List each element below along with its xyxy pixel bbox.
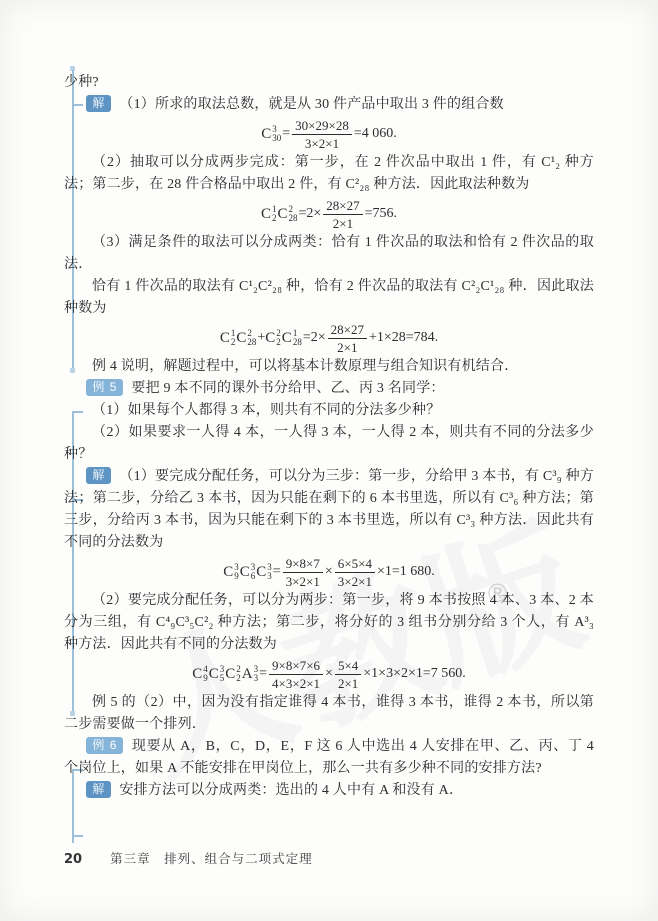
page-footer: 20 第三章 排列、组合与二项式定理	[64, 849, 313, 867]
example5-text: 要把 9 本不同的课外书分给甲、乙、丙 3 名同学：	[131, 381, 444, 396]
example5-question-1: （1）如果每个人都得 3 本，则共有不同的分法多少种？	[64, 400, 594, 422]
page-content: 少种? 解（1）所求的取法总数，就是从 30 件产品中取出 3 件的组合数 C3…	[0, 0, 658, 802]
solution-text: （1）要完成分配任务，可以分为三步：第一步，分给甲 3 本书，有 C³₉ 种方法…	[64, 469, 594, 550]
formula-sum-784: C12C228+C22C128=2×28×272×1+1×28=784.	[64, 320, 594, 356]
formula-7560: C49C35C22A33=9×8×7×64×3×2×1×5×42×1×1×3×2…	[64, 656, 594, 692]
continuation-text: 少种?	[64, 72, 594, 94]
guide-tick-solution-3	[72, 835, 83, 837]
chapter-title: 第三章 排列、组合与二项式定理	[110, 849, 313, 867]
paragraph-example5-note: 例 5 的（2）中，因为没有指定谁得 4 本书，谁得 3 本书，谁得 2 本书，…	[64, 692, 594, 736]
paragraph-two-cases: 恰有 1 件次品的取法有 C¹₂C²₂₈ 种，恰有 2 件次品的取法有 C²₂C…	[64, 276, 594, 320]
example5-question-2: （2）如果要求一人得 4 本，一人得 3 本，一人得 2 本，则共有不同的分法多…	[64, 422, 594, 466]
solution-badge: 解	[86, 467, 111, 484]
page-number: 20	[64, 852, 82, 867]
formula-c2-c28: C12C228=2×28×272×1=756.	[64, 196, 594, 232]
example5-badge: 例 5	[86, 379, 123, 396]
solution-badge: 解	[86, 95, 111, 112]
paragraph-step3: （3）满足条件的取法可以分成两类：恰有 1 件次品的取法和恰有 2 件次品的取法…	[64, 232, 594, 276]
example5-paragraph: 例 5要把 9 本不同的课外书分给甲、乙、丙 3 名同学：	[64, 378, 594, 400]
solution-paragraph-3: 解安排方法可以分成两类：选出的 4 人中有 A 和没有 A．	[64, 780, 594, 802]
solution-badge: 解	[86, 781, 111, 798]
solution-paragraph-1: 解（1）所求的取法总数，就是从 30 件产品中取出 3 件的组合数	[64, 94, 594, 116]
example6-paragraph: 例 6现要从 A，B，C，D，E，F 这 6 人中选出 4 人安排在甲、乙、丙、…	[64, 736, 594, 780]
paragraph-example4-note: 例 4 说明，解题过程中，可以将基本计数原理与组合知识有机结合．	[64, 356, 594, 378]
formula-c30-choose-3: C330=30×29×283×2×1=4 060.	[64, 116, 594, 152]
solution2-part2: （2）要完成分配任务，可以分为两步：第一步，将 9 本书按照 4 本、3 本、2…	[64, 590, 594, 656]
textbook-page: 人教版 ® 少种? 解（1）所求的取法总数，就是从 30 件产品中取出 3 件的…	[0, 0, 658, 921]
solution-text: （1）所求的取法总数，就是从 30 件产品中取出 3 件的组合数	[119, 97, 503, 112]
example6-badge: 例 6	[86, 737, 123, 754]
example6-text: 现要从 A，B，C，D，E，F 这 6 人中选出 4 人安排在甲、乙、丙、丁 4…	[64, 739, 594, 776]
paragraph-step2: （2）抽取可以分成两步完成：第一步，在 2 件次品中取出 1 件，有 C¹₂ 种…	[64, 152, 594, 196]
formula-1680: C39C36C33=9×8×73×2×1×6×5×43×2×1×1=1 680.	[64, 554, 594, 590]
solution-text: 安排方法可以分成两类：选出的 4 人中有 A 和没有 A．	[119, 783, 463, 798]
solution-paragraph-2: 解（1）要完成分配任务，可以分为三步：第一步，分给甲 3 本书，有 C³₉ 种方…	[64, 466, 594, 554]
